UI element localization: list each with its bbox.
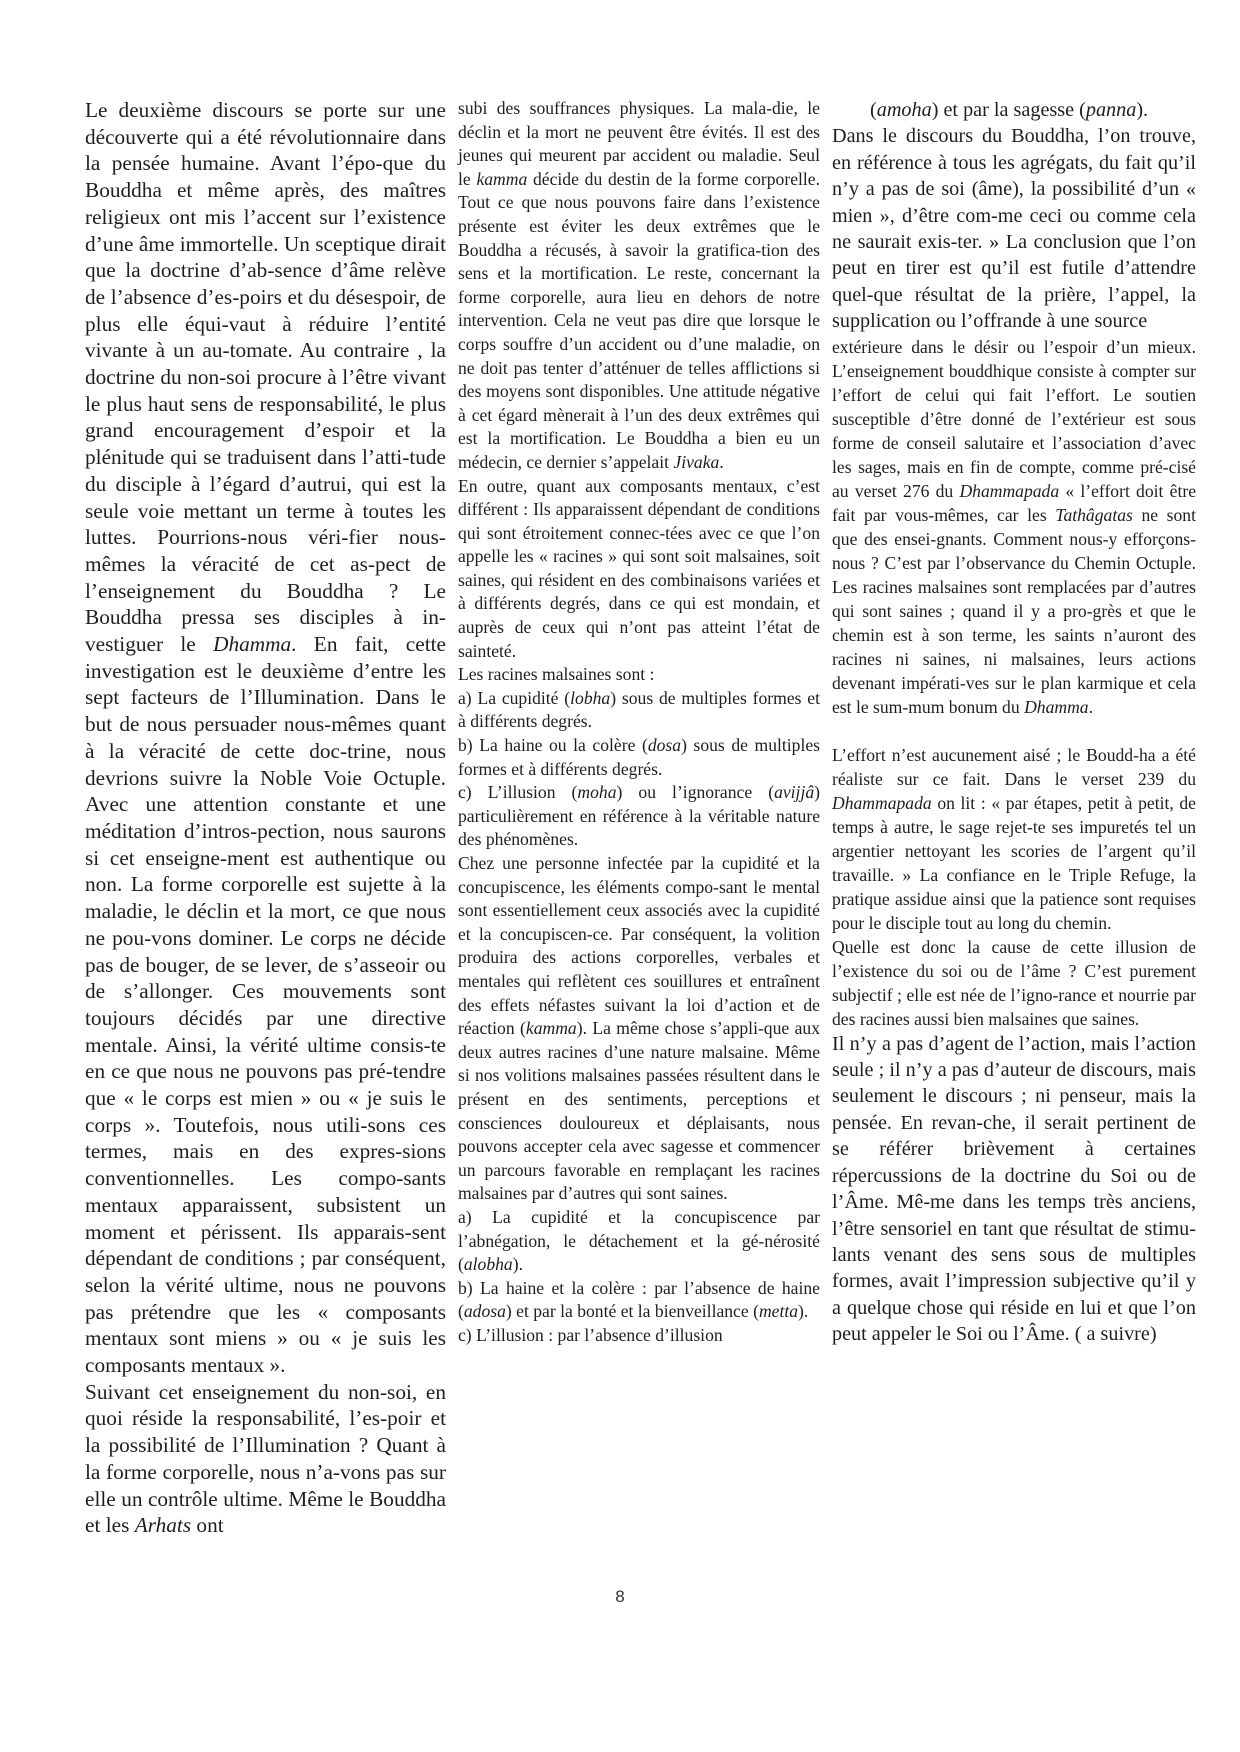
paragraph: a) La cupidité et la concupiscence par l… xyxy=(458,1206,820,1277)
italic-term: Jivaka xyxy=(673,452,719,472)
paragraph: b) La haine ou la colère (dosa) sous de … xyxy=(458,734,820,781)
italic-term: moha xyxy=(577,782,616,802)
paragraph: Il n’y a pas d’agent de l’action, mais l… xyxy=(832,1031,1196,1348)
paragraph: Dans le discours du Bouddha, l’on trouve… xyxy=(832,123,1196,334)
paragraph: a) La cupidité (lobha) sous de multiples… xyxy=(458,687,820,734)
italic-term: kamma xyxy=(476,169,527,189)
paragraph: extérieure dans le désir ou l’espoir d’u… xyxy=(832,335,1196,719)
italic-term: Dhammapada xyxy=(832,793,932,813)
column-left: Le deuxième discours se porte sur une dé… xyxy=(85,97,446,1539)
italic-term: Dhamma xyxy=(1024,697,1089,717)
italic-term: kamma xyxy=(526,1018,577,1038)
italic-term: metta xyxy=(759,1301,798,1321)
paragraph: subi des souffrances physiques. La mala-… xyxy=(458,97,820,475)
italic-term: panna xyxy=(1086,99,1136,121)
italic-term: Dhammapada xyxy=(959,481,1059,501)
italic-term: Tathâgatas xyxy=(1055,505,1133,525)
italic-term: alobha xyxy=(464,1254,513,1274)
italic-term: lobha xyxy=(570,688,610,708)
paragraph: En outre, quant aux composants mentaux, … xyxy=(458,475,820,664)
italic-term: Arhats xyxy=(135,1513,191,1537)
column-right: (amoha) et par la sagesse (panna).Dans l… xyxy=(832,97,1196,1348)
paragraph: Les racines malsaines sont : xyxy=(458,663,820,687)
document-page: Le deuxième discours se porte sur une dé… xyxy=(0,0,1240,1752)
paragraph: Quelle est donc la cause de cette illusi… xyxy=(832,935,1196,1031)
paragraph-spacer xyxy=(832,719,1196,743)
paragraph: c) L’illusion : par l’absence d’illusion xyxy=(458,1324,820,1348)
italic-term: Dhamma xyxy=(213,632,291,656)
italic-term: amoha xyxy=(877,99,932,121)
page-number: 8 xyxy=(0,1587,1240,1607)
italic-term: adosa xyxy=(464,1301,506,1321)
paragraph: (amoha) et par la sagesse (panna). xyxy=(832,97,1196,123)
column-middle: subi des souffrances physiques. La mala-… xyxy=(458,97,820,1347)
italic-term: dosa xyxy=(648,735,681,755)
paragraph: L’effort n’est aucunement aisé ; le Boud… xyxy=(832,743,1196,935)
italic-term: avijjâ xyxy=(774,782,814,802)
paragraph: c) L’illusion (moha) ou l’ignorance (avi… xyxy=(458,781,820,852)
paragraph: Le deuxième discours se porte sur une dé… xyxy=(85,97,446,1379)
paragraph: Suivant cet enseignement du non-soi, en … xyxy=(85,1379,446,1539)
paragraph: Chez une personne infectée par la cupidi… xyxy=(458,852,820,1206)
paragraph: b) La haine et la colère : par l’absence… xyxy=(458,1277,820,1324)
